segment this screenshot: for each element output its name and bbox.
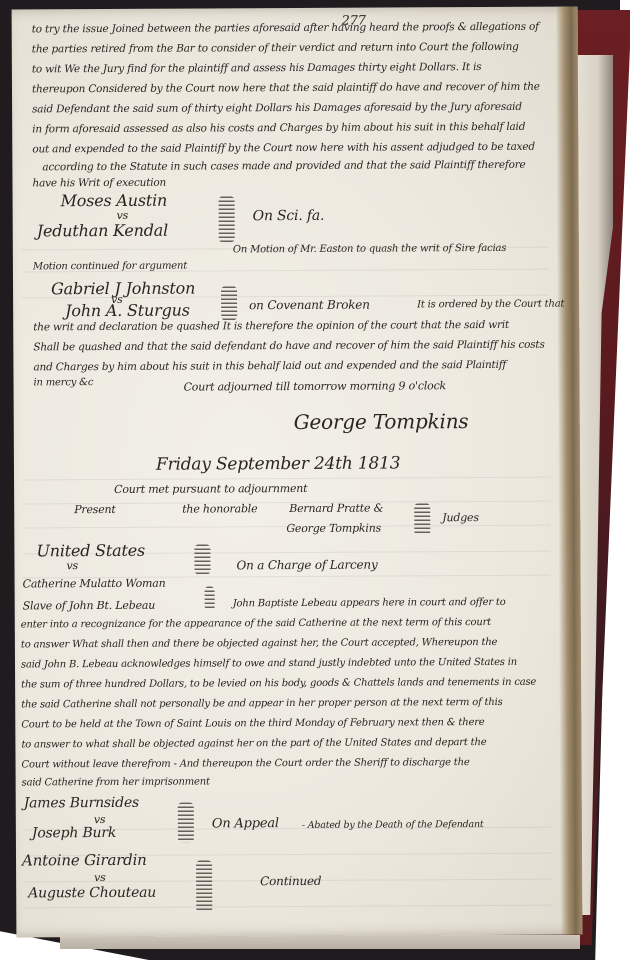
brace-icon	[205, 586, 215, 610]
brace-icon	[414, 503, 430, 535]
case-defendant: Auguste Chouteau	[28, 885, 156, 902]
ruled-line	[24, 905, 552, 909]
case-action: Continued	[260, 874, 321, 888]
case-defendant: Jeduthan Kendal	[37, 221, 168, 241]
case-versus: vs	[66, 559, 78, 572]
paragraph-line: thereupon Considered by the Court now he…	[32, 81, 540, 96]
case-note: to answer to what shall be objected agai…	[21, 737, 486, 750]
case-plaintiff: United States	[36, 541, 145, 561]
paragraph-line: to try the issue Joined between the part…	[32, 21, 539, 36]
case-plaintiff: Moses Austin	[61, 191, 168, 211]
brace-icon	[219, 196, 235, 242]
judge-name: George Tompkins	[286, 522, 381, 535]
paragraph-line: said Defendant the said sum of thirty ei…	[32, 101, 522, 116]
paragraph-line: to wit We the Jury find for the plaintif…	[32, 61, 482, 75]
case-note: and Charges by him about his suit in thi…	[33, 359, 506, 373]
paragraph-line: out and expended to the said Plaintiff b…	[32, 141, 535, 156]
case-note: said Catherine from her imprisonment	[22, 776, 210, 788]
adjournment-note: Court adjourned till tomorrow morning 9 …	[184, 379, 447, 393]
case-note: said John B. Lebeau acknowledges himself…	[21, 657, 517, 671]
case-plaintiff: Antoine Girardin	[22, 851, 147, 870]
case-action: On a Charge of Larceny	[236, 558, 377, 573]
case-action: On Appeal	[212, 816, 279, 831]
honorable-label: the honorable	[182, 502, 257, 515]
case-note: in mercy &c	[34, 377, 94, 388]
case-action: On Sci. fa.	[253, 208, 325, 224]
brace-icon	[221, 286, 237, 320]
judge-signature: George Tompkins	[294, 409, 469, 434]
case-note: On Motion of Mr. Easton to quash the wri…	[233, 243, 506, 255]
case-note: enter into a recognizance for the appear…	[21, 617, 491, 630]
case-note: It is ordered by the Court that	[417, 299, 564, 311]
case-note: Motion continued for argument	[33, 261, 187, 273]
case-defendant: John A. Sturgus	[65, 301, 190, 321]
case-note: John Baptiste Lebeau appears here in cou…	[233, 597, 506, 609]
brace-icon	[196, 860, 212, 912]
case-note: Shall be quashed and that the said defen…	[33, 339, 544, 354]
case-note: the sum of three hundred Dollars, to be …	[21, 677, 536, 691]
paragraph-line: in form aforesaid assessed as also his c…	[32, 121, 525, 136]
case-plaintiff: James Burnsides	[24, 795, 139, 812]
session-met: Court met pursuant to adjournment	[114, 482, 307, 496]
session-date: Friday September 24th 1813	[156, 453, 400, 474]
present-label: Present	[74, 503, 116, 516]
brace-icon	[194, 544, 210, 574]
case-versus: vs	[94, 871, 106, 884]
ledger-page: 277 to try the issue Joined between the …	[12, 7, 583, 938]
brace-icon	[178, 803, 194, 843]
case-note: Court without leave therefrom - And ther…	[22, 757, 470, 770]
ruled-line	[22, 477, 550, 481]
case-note: the said Catherine shall not personally …	[21, 697, 502, 711]
case-defendant: Slave of John Bt. Lebeau	[23, 599, 156, 613]
paragraph-line: have his Writ of execution	[32, 177, 166, 190]
page-stack-bottom	[60, 935, 580, 949]
paragraph-line: according to the Statute in such cases m…	[42, 159, 525, 174]
paragraph-line: the parties retired from the Bar to cons…	[32, 41, 519, 56]
judge-name: Bernard Pratte &	[289, 502, 383, 515]
case-action: on Covenant Broken	[249, 298, 370, 313]
case-note: the writ and declaration be quashed It i…	[33, 319, 509, 333]
case-plaintiff: Gabriel J Johnston	[51, 279, 195, 299]
case-note: Court to be held at the Town of Saint Lo…	[21, 717, 484, 730]
judges-label: Judges	[442, 511, 479, 524]
case-note: to answer What shall then and there be o…	[21, 637, 497, 650]
case-defendant: Joseph Burk	[32, 825, 116, 841]
case-defendant: Catherine Mulatto Woman	[23, 577, 166, 591]
case-note: - Abated by the Death of the Defendant	[302, 819, 484, 831]
